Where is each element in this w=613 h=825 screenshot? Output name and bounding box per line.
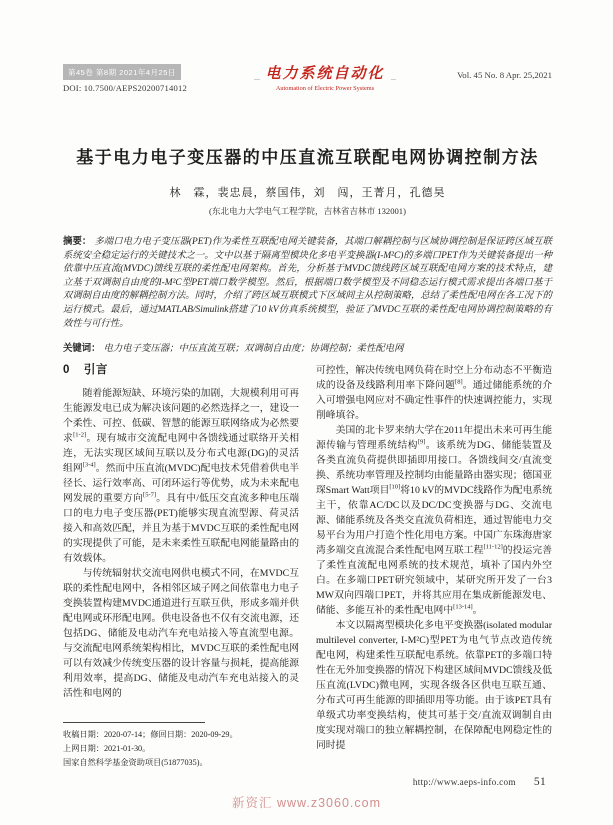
affiliation: (东北电力大学电气工程学院，吉林省吉林市 132001) (63, 205, 552, 217)
keywords-block: 关键词：电力电子变压器；中压直流互联；双调制自由度；协调控制；柔性配电网 (63, 341, 552, 357)
abstract-text: 多端口电力电子变压器(PET)作为柔性互联配电网关键装备，其端口解耦控制与区域协… (63, 237, 552, 329)
page-footer: http://www.aeps-info.com51 (413, 776, 546, 788)
journal-page: 第45卷 第8期 2021年4月25日 DOI: 10.7500/AEPS202… (0, 0, 613, 825)
two-column-body: 0引言 随着能源短缺、环境污染的加剧，大规模利用可再生能源发电已成为解决该问题的… (63, 363, 552, 753)
right-column: 可控性，解决传统电网负荷在时空上分布动态不平衡造成的设备及线路利用率下降问题[8… (316, 363, 552, 753)
page-number: 51 (534, 776, 546, 788)
journal-name-cn: 电力系统自动化 (266, 62, 385, 83)
logo-right-rule (391, 79, 397, 80)
keywords-label: 关键词： (63, 342, 101, 353)
body-paragraph: 可控性，解决传统电网负荷在时空上分布动态不平衡造成的设备及线路利用率下降问题[8… (316, 363, 552, 423)
author-list: 林 霖，裴忠晨，蔡国伟，刘 闯，王菁月，孔德昊 (63, 184, 552, 200)
section-title: 引言 (84, 364, 108, 376)
abstract-block: 摘要：多端口电力电子变压器(PET)作为柔性互联配电网关键装备，其端口解耦控制与… (63, 234, 552, 331)
first-page-footnote: 收稿日期：2020-07-14；修回日期：2020-09-29。 上网日期：20… (63, 722, 303, 769)
section-number: 0 (63, 364, 70, 376)
keywords-text: 电力电子变压器；中压直流互联；双调制自由度；协调控制；柔性配电网 (104, 344, 404, 354)
issue-info-badge: 第45卷 第8期 2021年4月25日 (63, 64, 181, 80)
online-date-line: 上网日期：2021-01-30。 (63, 742, 303, 756)
journal-logo-block: 电力系统自动化 Automation of Electric Power Sys… (248, 62, 402, 92)
funding-line: 国家自然科学基金资助项目(51877035)。 (63, 756, 303, 770)
received-date-line: 收稿日期：2020-07-14；修回日期：2020-09-29。 (63, 728, 303, 742)
left-column: 0引言 随着能源短缺、环境污染的加剧，大规模利用可再生能源发电已成为解决该问题的… (63, 363, 299, 753)
body-paragraph: 与传统辐射状交流电网供电模式不同，在MVDC互联的柔性配电网中，各相邻区域子网之… (63, 566, 299, 701)
body-paragraph: 随着能源短缺、环境污染的加剧，大规模利用可再生能源发电已成为解决该问题的必然选择… (63, 386, 299, 566)
abstract-label: 摘要： (63, 235, 91, 246)
paper-title: 基于电力电子变压器的中压直流互联配电网协调控制方法 (63, 146, 552, 170)
doi-text: DOI: 10.7500/AEPS20200714012 (63, 83, 248, 93)
header-left: 第45卷 第8期 2021年4月25日 DOI: 10.7500/AEPS202… (63, 62, 248, 93)
volume-issue-date: Vol. 45 No. 8 Apr. 25,2021 (402, 62, 552, 80)
watermark-text: 新资汇 www.z3060.com (0, 793, 613, 811)
page-header: 第45卷 第8期 2021年4月25日 DOI: 10.7500/AEPS202… (63, 62, 552, 102)
body-paragraph: 美国的北卡罗来纳大学在2011年提出未来可再生能源传输与管理系统结构[9]。该系… (316, 423, 552, 618)
footnote-divider (63, 722, 205, 723)
section-0-heading: 0引言 (63, 363, 299, 378)
journal-name-en: Automation of Electric Power Systems (266, 85, 385, 92)
body-paragraph: 本文以隔离型模块化多电平变换器(isolated modular multile… (316, 618, 552, 753)
journal-url: http://www.aeps-info.com (413, 777, 516, 787)
